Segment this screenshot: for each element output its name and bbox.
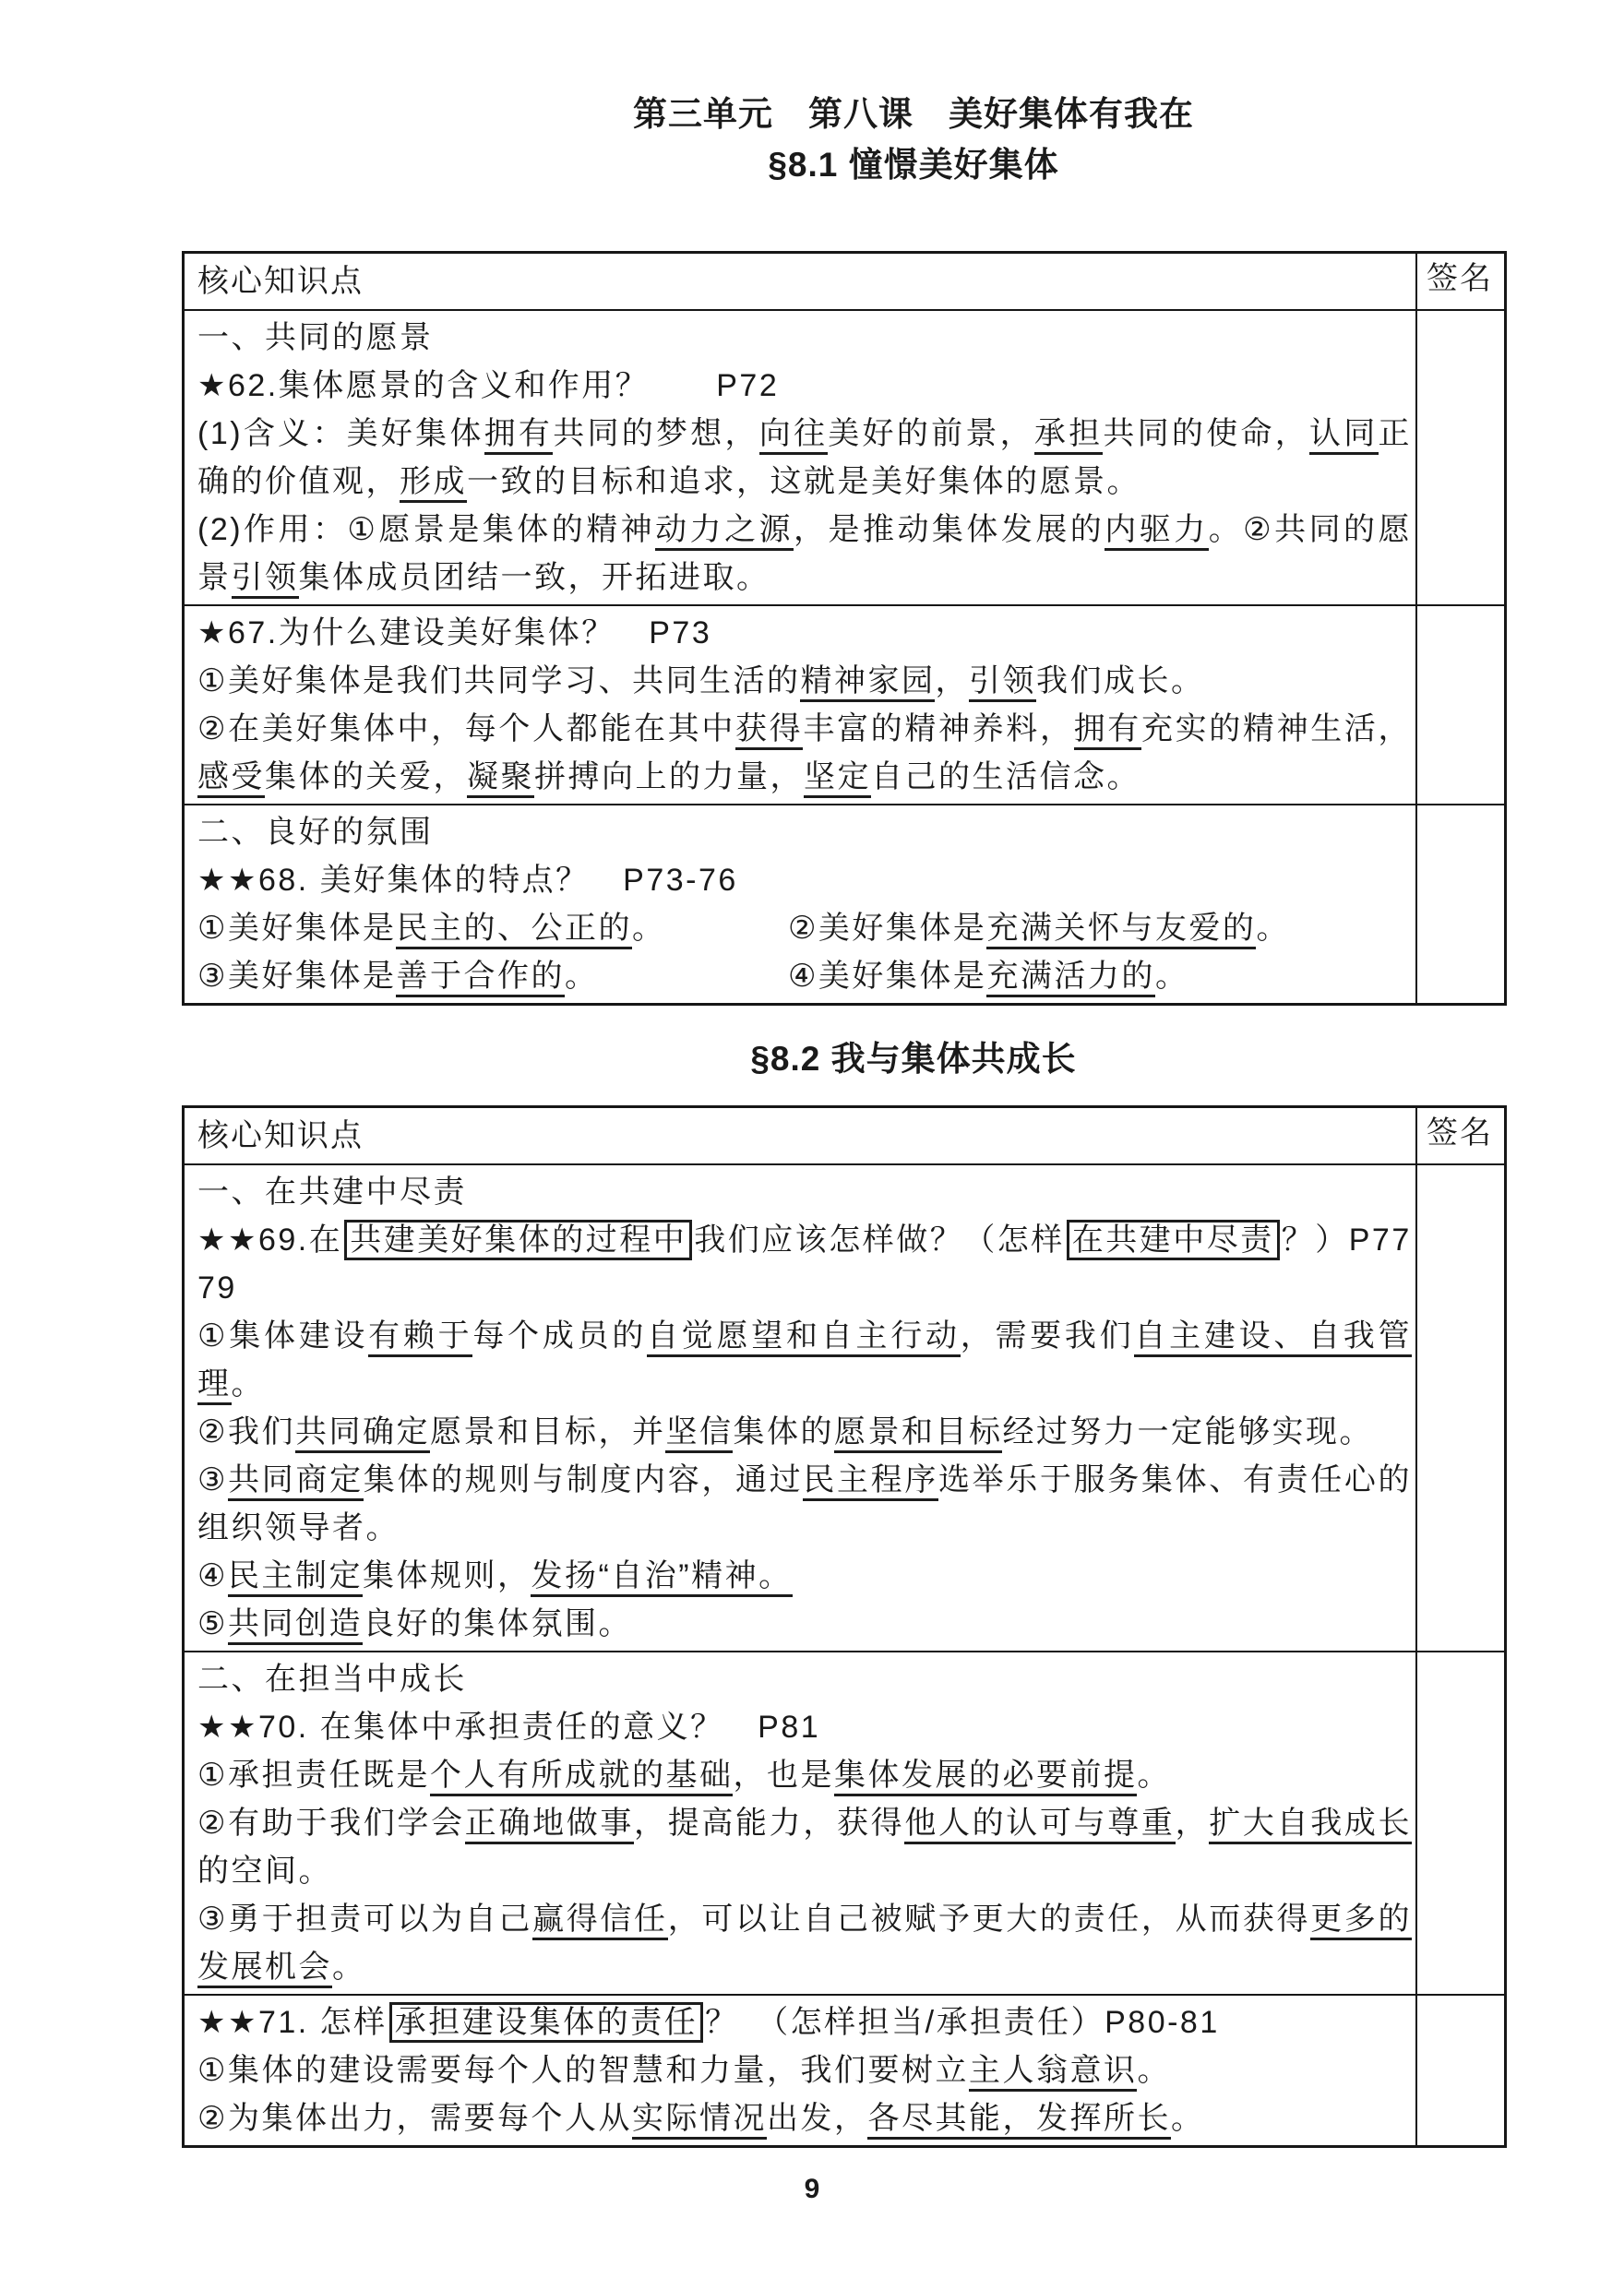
signature-cell [1415, 311, 1504, 604]
answer-line: (1)含义：美好集体拥有共同的梦想，向往美好的前景，承担共同的使命，认同正 [197, 410, 1412, 458]
answer-line: 确的价值观，形成一致的目标和追求，这就是美好集体的愿景。 [197, 458, 1412, 506]
answer-line: (2)作用：①愿景是集体的精神动力之源，是推动集体发展的内驱力。②共同的愿 [197, 506, 1412, 554]
row-heading-line: 二、良好的氛围 [197, 808, 1412, 856]
knowledge-cell: 一、共同的愿景 ★62.集体愿景的含义和作用？ P72 (1)含义：美好集体拥有… [185, 311, 1415, 604]
answer-line: 景引领集体成员团结一致，开拓进取。 [197, 554, 1412, 602]
question-line: ★67.为什么建设美好集体？ P73 [197, 609, 1412, 657]
answer-line: ①美好集体是我们共同学习、共同生活的精神家园，引领我们成长。 [197, 657, 1412, 705]
answer-line: ①集体建设有赖于每个成员的自觉愿望和自主行动，需要我们自主建设、自我管 [197, 1312, 1412, 1360]
answer-line: ⑤共同创造良好的集体氛围。 [197, 1600, 1412, 1648]
knowledge-table-8-1: 核心知识点 签名 一、共同的愿景 ★62.集体愿景的含义和作用？ P72 (1)… [182, 251, 1507, 1006]
feature-item: ②美好集体是充满关怀与友爱的。 [788, 911, 1290, 949]
row-heading-line: 一、共同的愿景 [197, 314, 1412, 362]
question-line: ★62.集体愿景的含义和作用？ P72 [197, 362, 1412, 410]
answer-line: 组织领导者。 [197, 1504, 1412, 1552]
feature-item: ③美好集体是善于合作的。 [197, 952, 777, 1000]
table-row: 一、共同的愿景 ★62.集体愿景的含义和作用？ P72 (1)含义：美好集体拥有… [185, 309, 1504, 604]
table-header-row: 核心知识点 签名 [185, 1108, 1504, 1163]
question-line: 79 [197, 1264, 1412, 1312]
knowledge-cell: 一、在共建中尽责 ★★69.在共建美好集体的过程中我们应该怎样做？（怎样在共建中… [185, 1165, 1415, 1651]
feature-line: ③美好集体是善于合作的。 ④美好集体是充满活力的。 [197, 952, 1412, 1000]
signature-cell [1415, 1652, 1504, 1994]
question-line: ★★71. 怎样承担建设集体的责任？ （怎样担当/承担责任）P80-81 [197, 1998, 1412, 2046]
knowledge-cell: 二、良好的氛围 ★★68. 美好集体的特点？ P73-76 ①美好集体是民主的、… [185, 805, 1415, 1003]
answer-line: ②我们共同确定愿景和目标，并坚信集体的愿景和目标经过努力一定能够实现。 [197, 1408, 1412, 1456]
knowledge-cell: ★67.为什么建设美好集体？ P73 ①美好集体是我们共同学习、共同生活的精神家… [185, 606, 1415, 804]
answer-line: 理。 [197, 1360, 1412, 1408]
table-row: ★★71. 怎样承担建设集体的责任？ （怎样担当/承担责任）P80-81 ①集体… [185, 1994, 1504, 2145]
unit-title: 第三单元 第八课 美好集体有我在 [249, 92, 1578, 137]
row-heading-line: 二、在担当中成长 [197, 1655, 1412, 1703]
answer-line: ①承担责任既是个人有所成就的基础，也是集体发展的必要前提。 [197, 1751, 1412, 1799]
answer-line: 的空间。 [197, 1847, 1412, 1895]
page-number: 9 [0, 2174, 1624, 2205]
question-line: ★★69.在共建美好集体的过程中我们应该怎样做？（怎样在共建中尽责？）P77－ [197, 1216, 1412, 1264]
answer-line: ②有助于我们学会正确地做事，提高能力，获得他人的认可与尊重，扩大自我成长 [197, 1799, 1412, 1847]
lesson-8-2-title: §8.2 我与集体共成长 [249, 1033, 1578, 1085]
signature-cell [1415, 1165, 1504, 1651]
lesson-8-1-title: §8.1 憧憬美好集体 [249, 140, 1578, 190]
table-row: 二、在担当中成长 ★★70. 在集体中承担责任的意义？ P81 ①承担责任既是个… [185, 1651, 1504, 1994]
header-cell-signature: 签名 [1415, 254, 1504, 309]
knowledge-table-8-2: 核心知识点 签名 一、在共建中尽责 ★★69.在共建美好集体的过程中我们应该怎样… [182, 1105, 1507, 2148]
header-cell-knowledge: 核心知识点 [185, 254, 1415, 309]
knowledge-cell: 二、在担当中成长 ★★70. 在集体中承担责任的意义？ P81 ①承担责任既是个… [185, 1652, 1415, 1994]
answer-line: ③勇于担责可以为自己赢得信任，可以让自己被赋予更大的责任，从而获得更多的 [197, 1895, 1412, 1943]
title-block: 第三单元 第八课 美好集体有我在 §8.1 憧憬美好集体 [249, 92, 1578, 190]
header-cell-signature: 签名 [1415, 1108, 1504, 1163]
question-line: ★★68. 美好集体的特点？ P73-76 [197, 856, 1412, 904]
question-line: ★★70. 在集体中承担责任的意义？ P81 [197, 1703, 1412, 1751]
answer-line: ③共同商定集体的规则与制度内容，通过民主程序选举乐于服务集体、有责任心的 [197, 1456, 1412, 1504]
header-cell-knowledge: 核心知识点 [185, 1108, 1415, 1163]
answer-line: ①集体的建设需要每个人的智慧和力量，我们要树立主人翁意识。 [197, 2046, 1412, 2094]
answer-line: ④民主制定集体规则，发扬“自治”精神。 [197, 1552, 1412, 1600]
answer-line: ②在美好集体中，每个人都能在其中获得丰富的精神养料，拥有充实的精神生活， [197, 705, 1412, 753]
signature-cell [1415, 805, 1504, 1003]
answer-line: 感受集体的关爱，凝聚拼搏向上的力量，坚定自己的生活信念。 [197, 753, 1412, 801]
table-header-row: 核心知识点 签名 [185, 254, 1504, 309]
feature-item: ④美好集体是充满活力的。 [788, 959, 1188, 997]
table-row: 二、良好的氛围 ★★68. 美好集体的特点？ P73-76 ①美好集体是民主的、… [185, 804, 1504, 1003]
row-heading-line: 一、在共建中尽责 [197, 1168, 1412, 1216]
document-page: 第三单元 第八课 美好集体有我在 §8.1 憧憬美好集体 核心知识点 签名 一、… [0, 92, 1624, 2205]
answer-line: ②为集体出力，需要每个人从实际情况出发，各尽其能，发挥所长。 [197, 2094, 1412, 2142]
knowledge-cell: ★★71. 怎样承担建设集体的责任？ （怎样担当/承担责任）P80-81 ①集体… [185, 1996, 1415, 2145]
feature-line: ①美好集体是民主的、公正的。 ②美好集体是充满关怀与友爱的。 [197, 904, 1412, 952]
feature-item: ①美好集体是民主的、公正的。 [197, 904, 777, 952]
signature-cell [1415, 606, 1504, 804]
signature-cell [1415, 1996, 1504, 2145]
answer-line: 发展机会。 [197, 1943, 1412, 1991]
table-row: 一、在共建中尽责 ★★69.在共建美好集体的过程中我们应该怎样做？（怎样在共建中… [185, 1163, 1504, 1651]
table-row: ★67.为什么建设美好集体？ P73 ①美好集体是我们共同学习、共同生活的精神家… [185, 604, 1504, 804]
